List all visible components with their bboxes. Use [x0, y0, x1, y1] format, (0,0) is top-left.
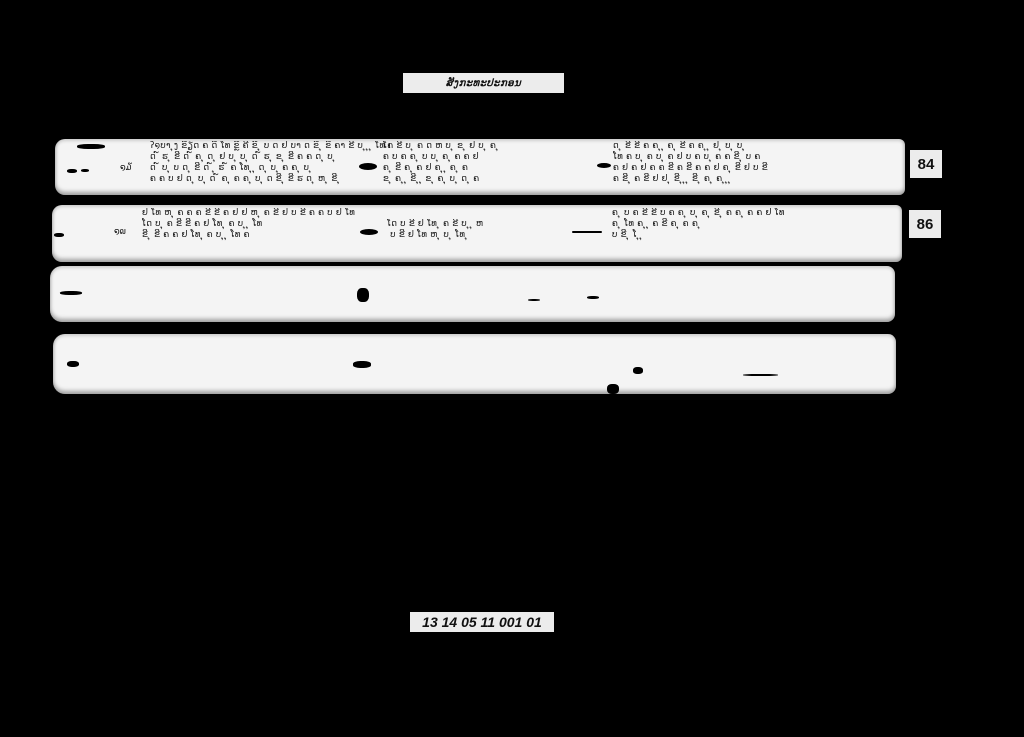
binding-hole — [353, 361, 371, 368]
damage-mark — [60, 291, 82, 295]
page-number-label: 84 — [910, 150, 942, 178]
page-number-label: 86 — [909, 210, 941, 238]
leaf-text-left: ʔ໑ບາ ຸງ ຂ໌ຽດ ຄ ດ໌ ໂທ ຂ໌ຼ ຄີ ຂ໌ ຸ ບ ດ ຢ ບ… — [150, 141, 390, 185]
text-line: ດ ຸ ຂີ ຂີ ຄ ຄ ຸ ຸ ຄ ຸ ຂີ ຄ ຄ ຸ ຸ ຢ ຸ ບ ຸ… — [613, 141, 883, 152]
text-line: ດ ໌ ບ ຸ ບ ດ ຸ ຂີ ດ ໌ ຸ ຮ ໌ ຄ ໂທ ຸ ຸ ດ ຸ … — [150, 163, 390, 174]
reference-number-label: 13 14 05 11 001 01 — [410, 612, 554, 632]
damage-mark — [54, 233, 64, 237]
text-line: ດ ໌ ຮ ຸ ຂີ ດ ໌ ຄ ຸ ດ ຸ ຢ ບ ຸ ບ ຸ ດ ໌ ຮ ຸ… — [150, 152, 390, 163]
palm-leaf-1: ໑໓ ʔ໑ບາ ຸງ ຂ໌ຽດ ຄ ດ໌ ໂທ ຂ໌ຼ ຄີ ຂ໌ ຸ ບ ດ … — [55, 139, 905, 195]
text-line: ບ ຂີ ຸ ໂ ຸ ຸ — [612, 230, 872, 241]
leaf-text-right: ຄ ຸ ບ ຄ ຂີ ຂີ ບ ຄ ຄ ຸ ບ ຸ ຄ ຸ ຂີ ຸ ຄ ຄ ຸ… — [612, 208, 872, 241]
leaf-text-middle: ໂຄ ຂີ ບ ຸ ຄ ດ ຫ ບ ຸ ຂ ຸ ຢ ບ ຸ ຄ ຸ ຄ ບ ຄ … — [383, 141, 593, 185]
binding-hole — [572, 231, 602, 233]
damage-mark — [77, 144, 105, 149]
damage-mark — [743, 374, 778, 376]
text-line: ຄ ຸ ໂທ ຄ ຸ ຸ ຄ ຂີ ຄ ຸ ຄ ຄ ຸ — [612, 219, 872, 230]
text-line: ຂ ຸ ຄ ຸ ຸ ຂີ ຸ ຸ ຂ ຸ ຄ ຸ ບ ຸ ດ ຸ ຄ — [383, 174, 593, 185]
text-line: ຢ ໂທ ຫ ຸ ຄ ຄ ຄ ຂີ ຂີ ຄ ຢ ຢ ຫ ຸ ຄ ຂີ ຢ ບ … — [142, 208, 372, 219]
palm-leaf-2: ໑໙ ຢ ໂທ ຫ ຸ ຄ ຄ ຄ ຂີ ຂີ ຄ ຢ ຢ ຫ ຸ ຄ ຂີ ຢ… — [52, 205, 902, 262]
palm-leaf-4 — [53, 334, 896, 394]
leaf-text-middle: ໂດ ບ ຂີ ຢ ໂທ ຸ ຄ ຂີ ບ ຸ ຸ ຫ ຸ ບ ຂີ ຢ ໂທ … — [387, 219, 587, 241]
title-label: ສັງກະທະປະກອນ — [403, 73, 564, 93]
text-line: ໂຄ ຂີ ບ ຸ ຄ ດ ຫ ບ ຸ ຂ ຸ ຢ ບ ຸ ຄ ຸ — [383, 141, 593, 152]
leaf-text-left: ຢ ໂທ ຫ ຸ ຄ ຄ ຄ ຂີ ຂີ ຄ ຢ ຢ ຫ ຸ ຄ ຂີ ຢ ບ … — [142, 208, 372, 241]
damage-mark — [81, 169, 89, 172]
text-line: ຄ ຂີ ຸ ຄ ຂີ ຢ ຢ ຸ ຂີ ຸ ຸ ຸ ຂີ ຸ ຄ ຸ ຄ ຸ … — [613, 174, 883, 185]
binding-hole — [587, 296, 599, 299]
text-line: ʔ໑ບາ ຸງ ຂ໌ຽດ ຄ ດ໌ ໂທ ຂ໌ຼ ຄີ ຂ໌ ຸ ບ ດ ຢ ບ… — [150, 141, 390, 152]
text-line: ຄ ຄ ບ ຢ ດ ຸ ບ ຸ ດ ໌ ຄ ຸ ຄ ຄ ຸ ບ ຸ ດ ຂີ ຸ… — [150, 174, 390, 185]
damage-mark — [633, 367, 643, 374]
leaf-margin-number: ໑໙ — [114, 227, 126, 237]
binding-hole — [357, 288, 369, 302]
damage-mark — [528, 299, 540, 301]
binding-hole — [359, 163, 377, 170]
binding-hole — [597, 163, 611, 168]
damage-mark — [607, 384, 619, 394]
damage-mark — [67, 169, 77, 173]
leaf-text-right: ດ ຸ ຂີ ຂີ ຄ ຄ ຸ ຸ ຄ ຸ ຂີ ຄ ຄ ຸ ຸ ຢ ຸ ບ ຸ… — [613, 141, 883, 185]
binding-hole — [67, 361, 79, 367]
text-line: ຄ ບ ຄ ຄ ຸ ບ ບ ຸ ຄ ຸ ຄ ຄ ຢ — [383, 152, 593, 163]
leaf-margin-number: ໑໓ — [120, 163, 132, 173]
text-line: ຸ ບ ຂີ ຢ ໂທ ຫ ຸ ບ ຸ ໂທ ຸ — [387, 230, 587, 241]
text-line: ຂີ ຸ ຂີ ຄ ຄ ຢ ໂທ ຸ ຄ ບ ຸ ຸ ໂທ ຄ — [142, 230, 372, 241]
text-line: ຄ ຸ ຂີ ຄ ຸ ຄ ຢ ຄ ຸ ຸ ຄ ຸ ຄ — [383, 163, 593, 174]
text-line: ໂທ ຄ ບ ຸ ຄ ບ ຸ ຄ ຢ ບ ຄ ບ ຸ ຄ ຄ ຂີ ຸ ບ ຄ — [613, 152, 883, 163]
text-line: ຄ ຸ ບ ຄ ຂີ ຂີ ບ ຄ ຄ ຸ ບ ຸ ຄ ຸ ຂີ ຸ ຄ ຄ ຸ… — [612, 208, 872, 219]
text-line: ໂດ ບ ຸ ຄ ຂີ ຂີ ຄ ຢ ໂທ ຸ ຄ ບ ຸ ຸ ໂທ — [142, 219, 372, 230]
palm-leaf-3 — [50, 266, 895, 322]
text-line: ຄ ຢ ຄ ຢ ຄ ຄ ຂີ ຄ ຂີ ຄ ຄ ຢ ຄ ຸ ຂີ ຢ ບ ຂີ — [613, 163, 883, 174]
binding-hole — [360, 229, 378, 235]
text-line: ໂດ ບ ຂີ ຢ ໂທ ຸ ຄ ຂີ ບ ຸ ຸ ຫ — [387, 219, 587, 230]
